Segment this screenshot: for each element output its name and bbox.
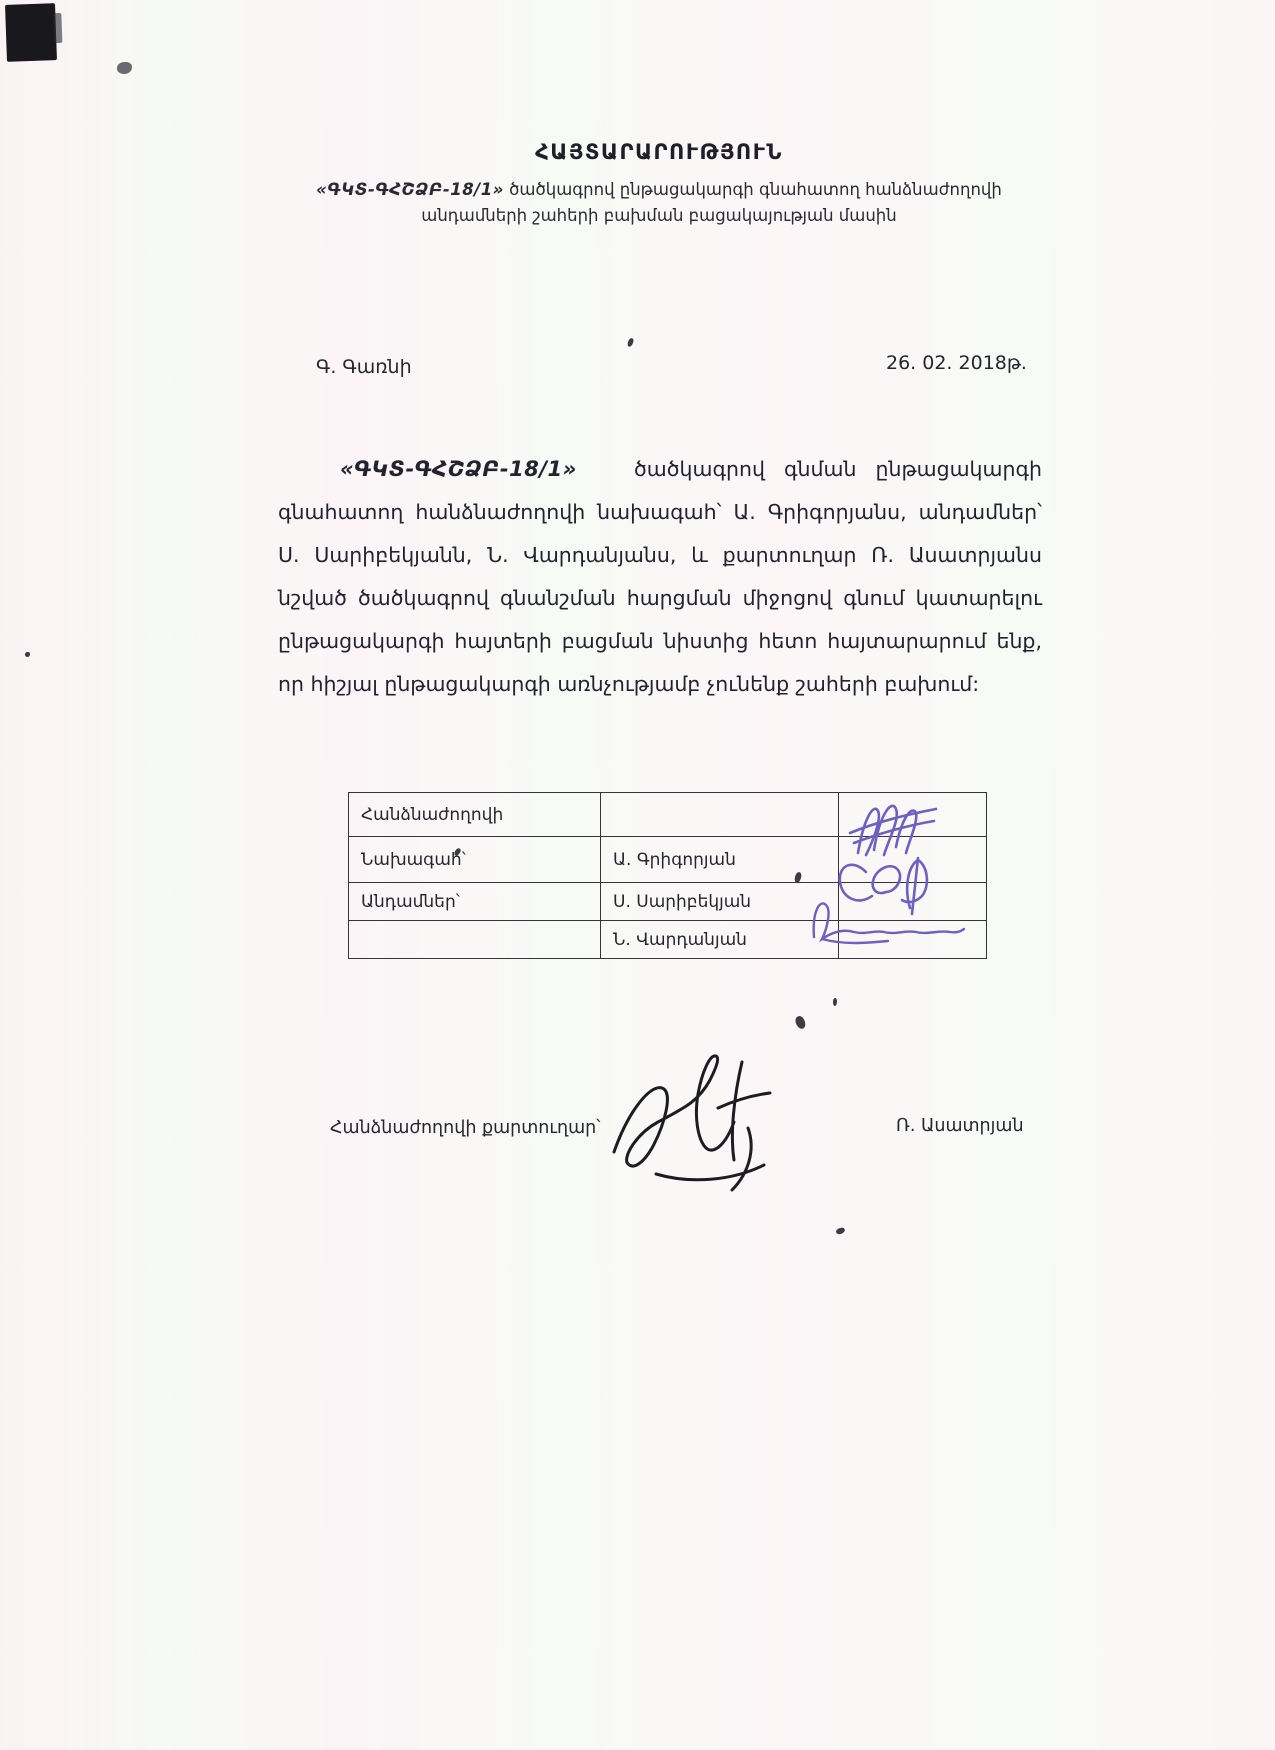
secretary-label: Հանձնաժողովի քարտուղար՝ (330, 1118, 600, 1138)
body-text: ծածկագրով գնման ընթացակարգի գնահատող հան… (278, 457, 1042, 696)
name-cell (601, 793, 839, 837)
table-row: Անդամներ՝ Ս. Սարիբեկյան (349, 883, 987, 921)
name-cell: Ն. Վարդանյան (601, 921, 839, 959)
signature-table: Հանձնաժողովի Նախագահ՝ Ա. Գրիգորյան Անդամ… (348, 792, 987, 959)
role-cell: Անդամներ՝ (349, 883, 601, 921)
scan-speck (793, 1015, 807, 1031)
table-row: Հանձնաժողովի (349, 793, 987, 837)
document-subtitle: «ԳԿՏ-ԳՀՇՁԲ-18/1» ծածկագրով ընթացակարգի գ… (278, 177, 1040, 229)
document-header: ՀԱՅՏԱՐԱՐՈՒԹՅՈՒՆ «ԳԿՏ-ԳՀՇՁԲ-18/1» ծածկագր… (278, 140, 1040, 229)
procurement-code-body: «ԳԿՏ-ԳՀՇՁԲ-18/1» (340, 457, 577, 481)
scan-speck (833, 998, 837, 1006)
scanned-declaration-page: ՀԱՅՏԱՐԱՐՈՒԹՅՈՒՆ «ԳԿՏ-ԳՀՇՁԲ-18/1» ծածկագր… (0, 0, 1275, 1750)
scan-speck (835, 1227, 845, 1235)
role-cell (349, 921, 601, 959)
signature-cell (839, 793, 987, 837)
signature-asatryan (598, 1048, 838, 1208)
place-label: Գ. Գառնի (316, 356, 412, 378)
scan-speck (627, 337, 635, 347)
table-row: Ն. Վարդանյան (349, 921, 987, 959)
scan-speck (117, 62, 132, 74)
scan-speck (25, 652, 30, 657)
scan-corner-artifact (5, 3, 57, 62)
date-label: 26. 02. 2018թ. (886, 352, 1027, 374)
subtitle-line1: ծածկագրով ընթացակարգի գնահատող հանձնաժող… (504, 180, 1002, 199)
signature-cell (839, 883, 987, 921)
name-cell: Ա. Գրիգորյան (601, 837, 839, 883)
subtitle-line2: անդամների շահերի բախման բացակայության մա… (421, 206, 896, 225)
role-cell: Նախագահ՝ (349, 837, 601, 883)
table-row: Նախագահ՝ Ա. Գրիգորյան (349, 837, 987, 883)
secretary-name: Ռ. Ասատրյան (896, 1116, 1024, 1136)
procurement-code: «ԳԿՏ-ԳՀՇՁԲ-18/1» (316, 180, 504, 199)
role-cell: Հանձնաժողովի (349, 793, 601, 837)
body-paragraph: «ԳԿՏ-ԳՀՇՁԲ-18/1» ծածկագրով գնման ընթացակ… (278, 448, 1042, 706)
document-title: ՀԱՅՏԱՐԱՐՈՒԹՅՈՒՆ (278, 140, 1040, 164)
name-cell: Ս. Սարիբեկյան (601, 883, 839, 921)
signature-cell (839, 837, 987, 883)
signature-cell (839, 921, 987, 959)
